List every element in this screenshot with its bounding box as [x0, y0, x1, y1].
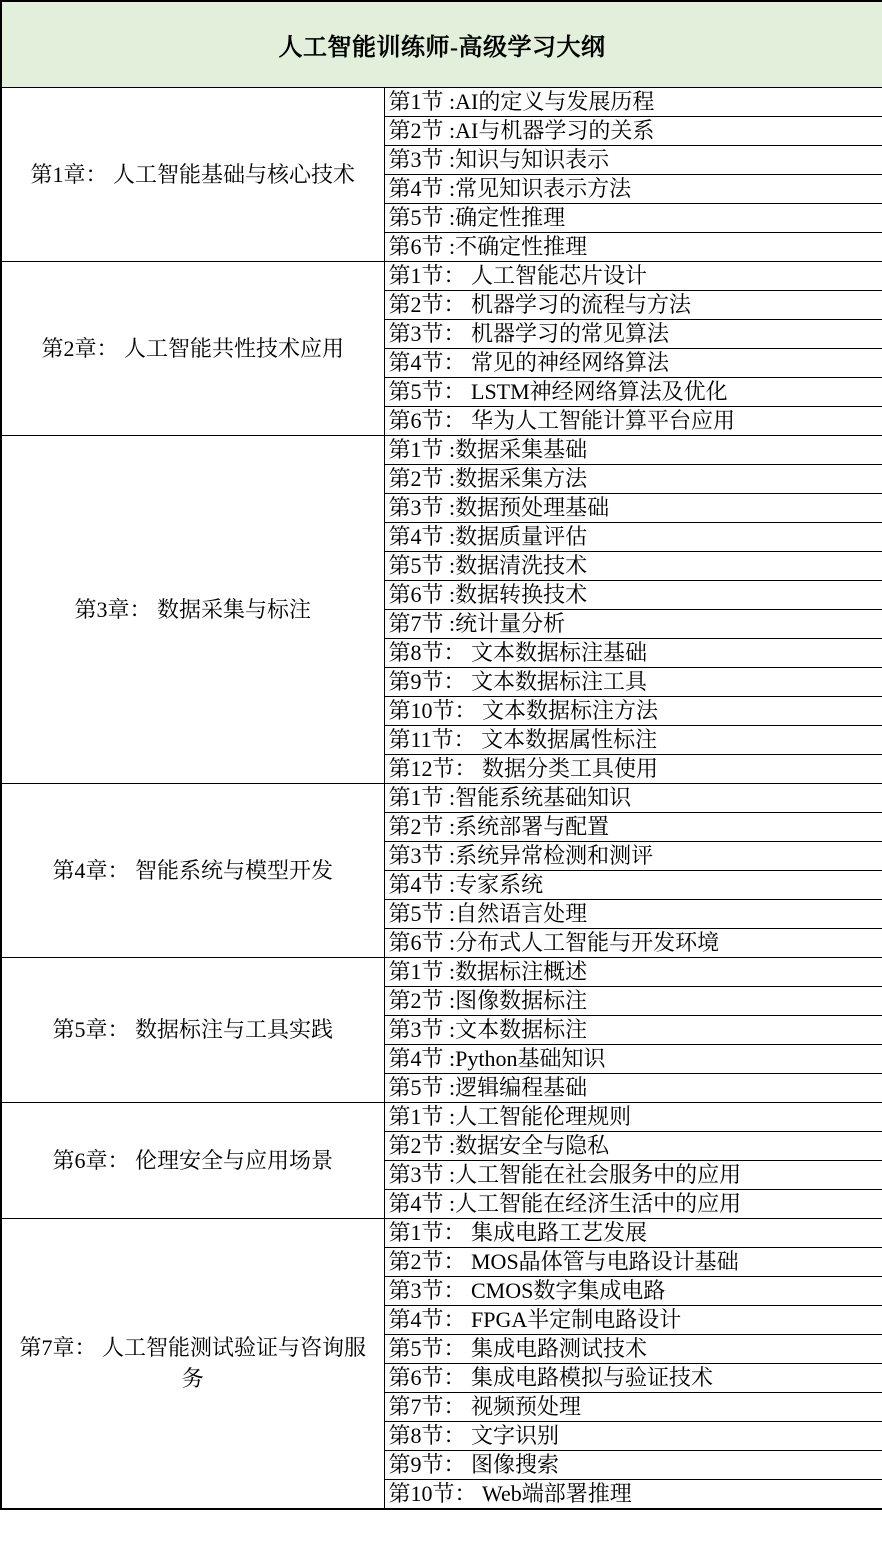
section-cell: 第2节： 机器学习的流程与方法	[384, 290, 882, 319]
section-cell: 第3节 :人工智能在社会服务中的应用	[384, 1160, 882, 1189]
chapter-cell: 第6章： 伦理安全与应用场景	[1, 1102, 384, 1218]
section-cell: 第6节： 华为人工智能计算平台应用	[384, 406, 882, 435]
chapter-title: 第7章： 人工智能测试验证与咨询服务	[12, 1332, 374, 1394]
section-cell: 第3节 :数据预处理基础	[384, 493, 882, 522]
section-cell: 第3节 :知识与知识表示	[384, 145, 882, 174]
table-row: 第3章： 数据采集与标注第1节 :数据采集基础	[1, 435, 882, 464]
chapter-cell: 第5章： 数据标注与工具实践	[1, 957, 384, 1102]
section-cell: 第12节： 数据分类工具使用	[384, 754, 882, 783]
chapter-title: 第3章： 数据采集与标注	[74, 594, 311, 625]
table-row: 第1章： 人工智能基础与核心技术第1节 :AI的定义与发展历程	[1, 87, 882, 116]
section-cell: 第5节 :自然语言处理	[384, 899, 882, 928]
section-cell: 第7节 :统计量分析	[384, 609, 882, 638]
section-cell: 第5节 :逻辑编程基础	[384, 1073, 882, 1102]
section-cell: 第6节 :数据转换技术	[384, 580, 882, 609]
section-cell: 第5节： LSTM神经网络算法及优化	[384, 377, 882, 406]
chapter-cell: 第7章： 人工智能测试验证与咨询服务	[1, 1218, 384, 1509]
section-cell: 第1节 :数据采集基础	[384, 435, 882, 464]
section-cell: 第2节 :系统部署与配置	[384, 812, 882, 841]
chapter-title: 第6章： 伦理安全与应用场景	[52, 1145, 333, 1176]
chapter-title: 第4章： 智能系统与模型开发	[52, 855, 333, 886]
section-cell: 第2节： MOS晶体管与电路设计基础	[384, 1247, 882, 1276]
section-cell: 第1节 :人工智能伦理规则	[384, 1102, 882, 1131]
chapter-cell: 第1章： 人工智能基础与核心技术	[1, 87, 384, 261]
section-cell: 第4节： 常见的神经网络算法	[384, 348, 882, 377]
section-cell: 第1节： 人工智能芯片设计	[384, 261, 882, 290]
section-cell: 第7节： 视频预处理	[384, 1392, 882, 1421]
section-cell: 第1节 :智能系统基础知识	[384, 783, 882, 812]
title-row: 人工智能训练师-高级学习大纲	[1, 1, 882, 87]
section-cell: 第9节： 图像搜索	[384, 1450, 882, 1479]
chapter-cell: 第2章： 人工智能共性技术应用	[1, 261, 384, 435]
section-cell: 第3节： 机器学习的常见算法	[384, 319, 882, 348]
section-cell: 第11节： 文本数据属性标注	[384, 725, 882, 754]
table-row: 第5章： 数据标注与工具实践第1节 :数据标注概述	[1, 957, 882, 986]
chapter-title: 第5章： 数据标注与工具实践	[52, 1014, 333, 1045]
section-cell: 第4节 :数据质量评估	[384, 522, 882, 551]
section-cell: 第9节： 文本数据标注工具	[384, 667, 882, 696]
section-cell: 第3节： CMOS数字集成电路	[384, 1276, 882, 1305]
outline-body: 第1章： 人工智能基础与核心技术第1节 :AI的定义与发展历程第2节 :AI与机…	[1, 87, 882, 1509]
section-cell: 第5节： 集成电路测试技术	[384, 1334, 882, 1363]
section-cell: 第4节 :常见知识表示方法	[384, 174, 882, 203]
section-cell: 第3节 :系统异常检测和测评	[384, 841, 882, 870]
curriculum-table: 人工智能训练师-高级学习大纲 第1章： 人工智能基础与核心技术第1节 :AI的定…	[0, 0, 882, 1510]
section-cell: 第5节 :确定性推理	[384, 203, 882, 232]
section-cell: 第3节 :文本数据标注	[384, 1015, 882, 1044]
section-cell: 第10节： Web端部署推理	[384, 1479, 882, 1509]
section-cell: 第2节 :数据采集方法	[384, 464, 882, 493]
chapter-cell: 第3章： 数据采集与标注	[1, 435, 384, 783]
table-row: 第6章： 伦理安全与应用场景第1节 :人工智能伦理规则	[1, 1102, 882, 1131]
section-cell: 第6节： 集成电路模拟与验证技术	[384, 1363, 882, 1392]
table-row: 第2章： 人工智能共性技术应用第1节： 人工智能芯片设计	[1, 261, 882, 290]
chapter-cell: 第4章： 智能系统与模型开发	[1, 783, 384, 957]
section-cell: 第4节 :专家系统	[384, 870, 882, 899]
section-cell: 第5节 :数据清洗技术	[384, 551, 882, 580]
section-cell: 第2节 :数据安全与隐私	[384, 1131, 882, 1160]
page-title: 人工智能训练师-高级学习大纲	[1, 1, 882, 87]
curriculum-outline-document: 人工智能训练师-高级学习大纲 第1章： 人工智能基础与核心技术第1节 :AI的定…	[0, 0, 882, 1510]
section-cell: 第1节 :AI的定义与发展历程	[384, 87, 882, 116]
section-cell: 第10节： 文本数据标注方法	[384, 696, 882, 725]
chapter-title: 第1章： 人工智能基础与核心技术	[30, 159, 355, 190]
section-cell: 第8节： 文字识别	[384, 1421, 882, 1450]
section-cell: 第4节 :人工智能在经济生活中的应用	[384, 1189, 882, 1218]
section-cell: 第1节： 集成电路工艺发展	[384, 1218, 882, 1247]
chapter-title: 第2章： 人工智能共性技术应用	[41, 333, 344, 364]
section-cell: 第2节 :AI与机器学习的关系	[384, 116, 882, 145]
section-cell: 第4节 :Python基础知识	[384, 1044, 882, 1073]
section-cell: 第6节 :分布式人工智能与开发环境	[384, 928, 882, 957]
section-cell: 第8节： 文本数据标注基础	[384, 638, 882, 667]
table-row: 第4章： 智能系统与模型开发第1节 :智能系统基础知识	[1, 783, 882, 812]
section-cell: 第2节 :图像数据标注	[384, 986, 882, 1015]
section-cell: 第4节： FPGA半定制电路设计	[384, 1305, 882, 1334]
section-cell: 第6节 :不确定性推理	[384, 232, 882, 261]
table-row: 第7章： 人工智能测试验证与咨询服务第1节： 集成电路工艺发展	[1, 1218, 882, 1247]
section-cell: 第1节 :数据标注概述	[384, 957, 882, 986]
